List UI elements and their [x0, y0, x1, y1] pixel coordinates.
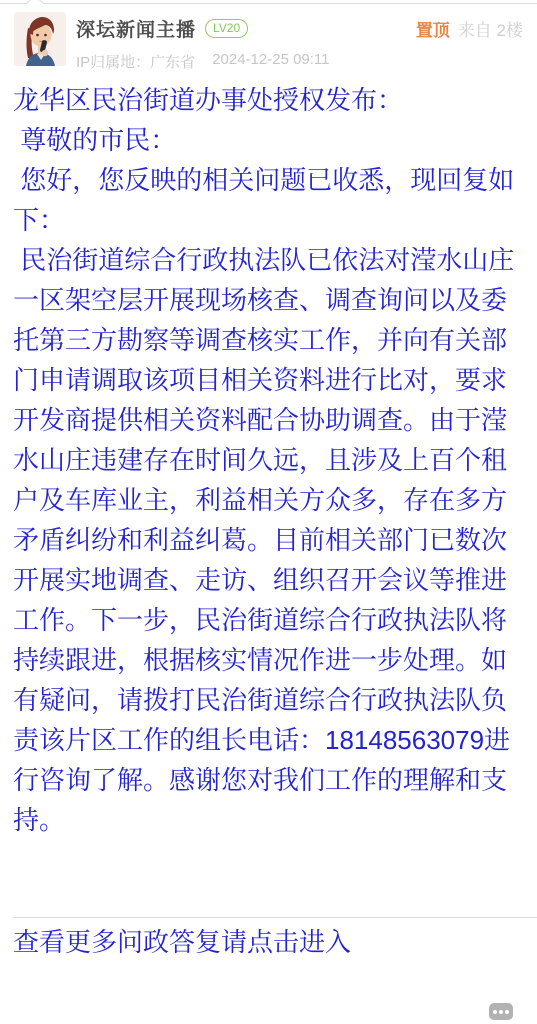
footer-divider: [13, 917, 537, 918]
pinned-badge: 置顶: [416, 16, 450, 41]
post-paragraph: 尊敬的市民：: [13, 120, 523, 160]
post-body: 龙华区民治街道办事处授权发布： 尊敬的市民： 您好，您反映的相关问题已收悉，现回…: [13, 80, 523, 840]
ellipsis-icon: [499, 1010, 503, 1014]
more-replies-link[interactable]: 查看更多问政答复请点击进入: [13, 927, 351, 957]
username[interactable]: 深坛新闻主播: [76, 15, 196, 42]
timestamp: 2024-12-25 09:11: [212, 51, 329, 72]
floor-label: 来自 2楼: [458, 16, 523, 41]
ip-location: IP归属地：广东省: [76, 51, 195, 72]
name-row: 深坛新闻主播 LV20 置顶 来自 2楼: [76, 15, 523, 42]
ellipsis-icon: [493, 1010, 497, 1014]
post-footer: 查看更多问政答复请点击进入: [0, 917, 537, 957]
post-paragraph: 您好，您反映的相关问题已收悉，现回复如下：: [13, 160, 523, 240]
post-paragraph: 龙华区民治街道办事处授权发布：: [13, 80, 523, 120]
more-actions-button[interactable]: [489, 1003, 513, 1020]
header-info: 深坛新闻主播 LV20 置顶 来自 2楼 IP归属地：广东省 2024-12-2…: [76, 12, 523, 72]
post-paragraph: 民治街道综合行政执法队已依法对滢水山庄一区架空层开展现场核查、调查询问以及委托第…: [13, 240, 523, 840]
post-header: 深坛新闻主播 LV20 置顶 来自 2楼 IP归属地：广东省 2024-12-2…: [14, 12, 523, 72]
bubble-notch: [27, 0, 44, 11]
card-top-border: [0, 3, 537, 4]
forum-reply-card: 深坛新闻主播 LV20 置顶 来自 2楼 IP归属地：广东省 2024-12-2…: [0, 0, 537, 1024]
post-meta: IP归属地：广东省 2024-12-25 09:11: [76, 51, 523, 72]
ellipsis-icon: [505, 1010, 509, 1014]
level-badge: LV20: [205, 19, 248, 38]
header-right-tags: 置顶 来自 2楼: [416, 16, 523, 41]
avatar-image: [14, 12, 66, 66]
avatar[interactable]: [14, 12, 66, 66]
